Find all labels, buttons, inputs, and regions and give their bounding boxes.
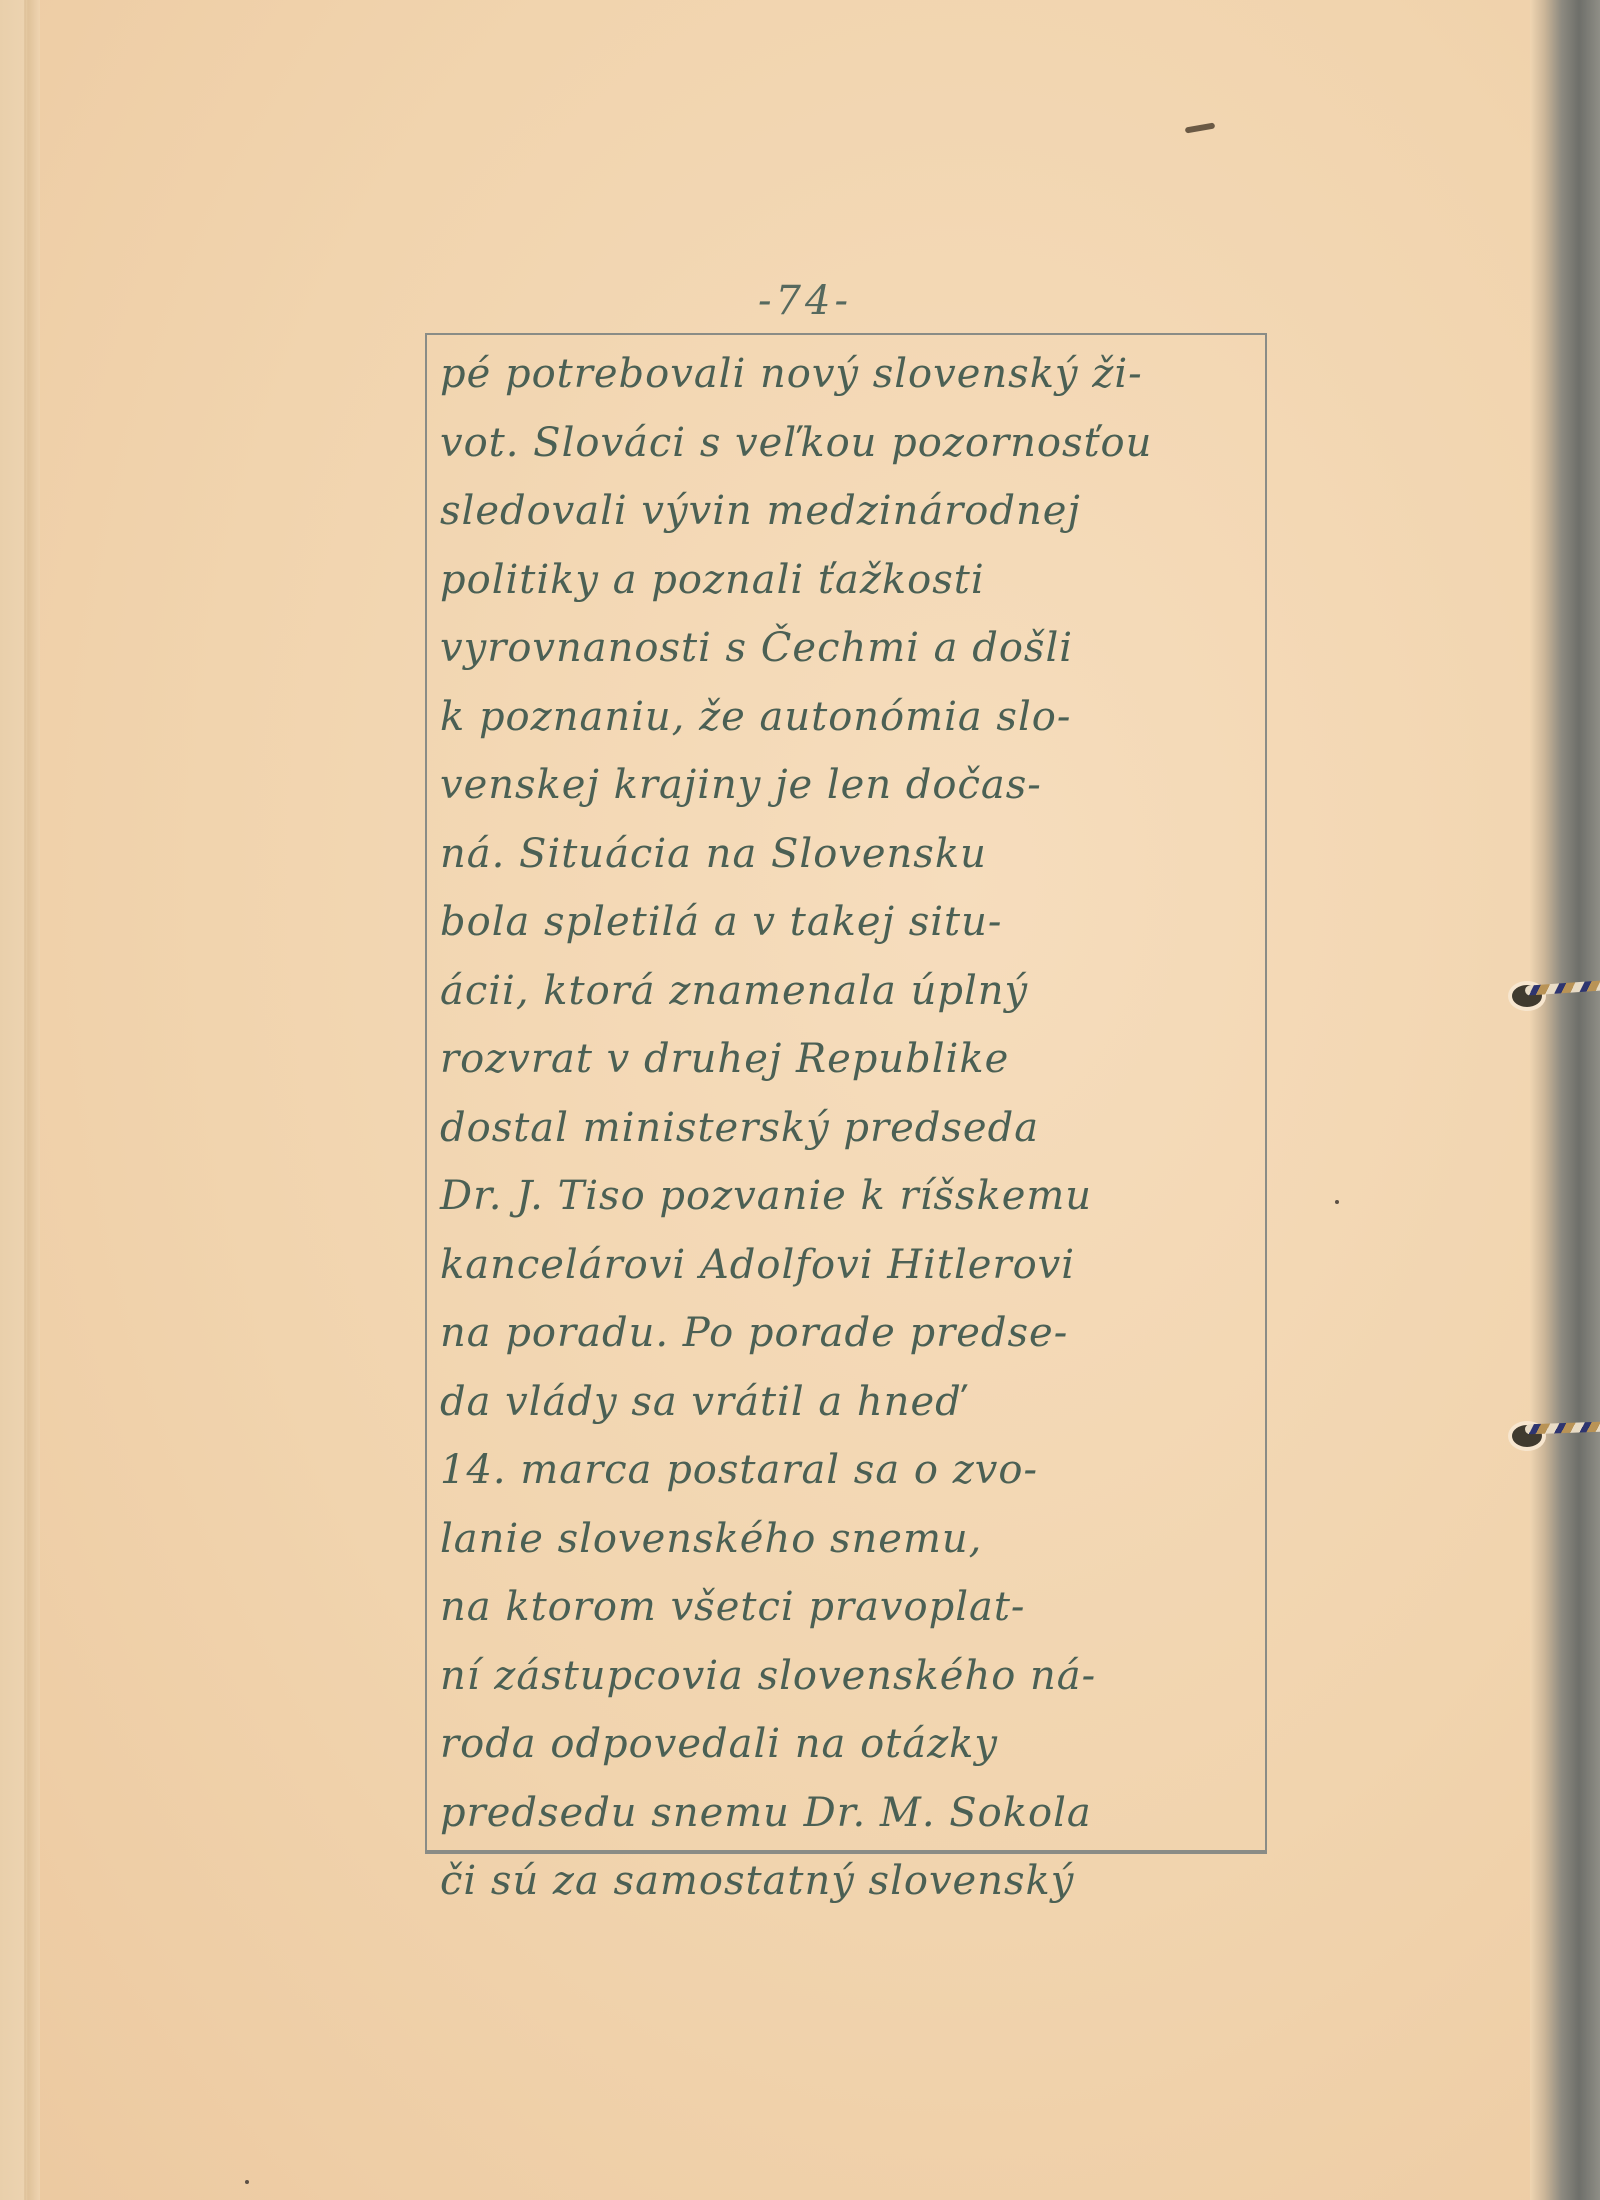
handwritten-line: predsedu snemu Dr. M. Sokola (440, 1779, 1290, 1848)
handwritten-line: vyrovnanosti s Čechmi a došli (440, 614, 1290, 683)
handwritten-line: ná. Situácia na Slovensku (440, 820, 1290, 889)
handwritten-line: rozvrat v druhej Republike (440, 1025, 1290, 1094)
handwritten-line: bola spletilá a v takej situ- (440, 888, 1290, 957)
handwritten-line: pé potrebovali nový slovenský ži- (440, 340, 1290, 409)
handwritten-line: politiky a poznali ťažkosti (440, 546, 1290, 615)
handwritten-line: roda odpovedali na otázky (440, 1710, 1290, 1779)
page-number: -74- (735, 278, 875, 324)
handwritten-line: da vlády sa vrátil a hneď (440, 1368, 1290, 1437)
page-left-edge (0, 0, 40, 2200)
ink-mark (1185, 122, 1216, 133)
handwritten-line: vot. Slováci s veľkou pozornosťou (440, 409, 1290, 478)
handwritten-line: ácii, ktorá znamenala úplný (440, 957, 1290, 1026)
handwritten-line: lanie slovenského snemu, (440, 1505, 1290, 1574)
handwritten-line: venskej krajiny je len dočas- (440, 751, 1290, 820)
notebook-page: -74- pé potrebovali nový slovenský ži- v… (0, 0, 1600, 2200)
handwritten-line: dostal ministerský predseda (440, 1094, 1290, 1163)
handwritten-line: či sú za samostatný slovenský (440, 1847, 1290, 1916)
ink-speck (245, 2180, 249, 2184)
handwritten-line: Dr. J. Tiso pozvanie k ríšskemu (440, 1162, 1290, 1231)
handwritten-line: 14. marca postaral sa o zvo- (440, 1436, 1290, 1505)
ink-speck (1335, 1200, 1339, 1204)
handwritten-line: na poradu. Po porade predse- (440, 1299, 1290, 1368)
handwritten-line: ní zástupcovia slovenského ná- (440, 1642, 1290, 1711)
handwritten-text-block: pé potrebovali nový slovenský ži- vot. S… (440, 340, 1290, 1916)
handwritten-line: na ktorom všetci pravoplat- (440, 1573, 1290, 1642)
handwritten-line: kancelárovi Adolfovi Hitlerovi (440, 1231, 1290, 1300)
handwritten-line: sledovali vývin medzinárodnej (440, 477, 1290, 546)
binding-spine (1530, 0, 1600, 2200)
handwritten-line: k poznaniu, že autonómia slo- (440, 683, 1290, 752)
